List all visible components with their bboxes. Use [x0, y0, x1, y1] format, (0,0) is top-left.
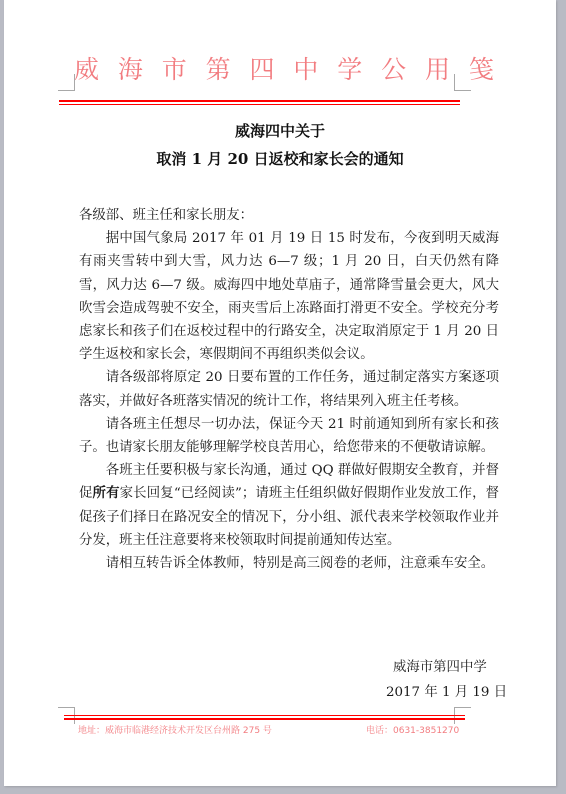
- letterhead-char: 笺: [469, 55, 494, 85]
- footer-rule-thick: [64, 718, 465, 720]
- paragraph-grade-tasks: 请各级部将原定 20 日要布置的工作任务，通过制定落实方案逐项落实，并做好各班落…: [79, 366, 499, 412]
- letterhead-char: 四: [250, 55, 275, 85]
- letterhead-char: 用: [425, 55, 450, 85]
- paragraph-homework: 各班主任要积极与家长沟通，通过 QQ 群做好假期安全教育，并督促所有家长回复“已…: [79, 459, 499, 552]
- letterhead-char: 海: [118, 55, 143, 85]
- emphasis-all: 所有: [93, 485, 120, 501]
- salutation: 各级部、班主任和家长朋友：: [79, 204, 499, 227]
- footer-rule-thin: [64, 715, 465, 716]
- letterhead-char: 学: [337, 55, 362, 85]
- signature-organization: 威海市第四中学: [393, 658, 487, 678]
- footer-address: 地址：威海市临港经济技术开发区台州路 275 号: [78, 724, 272, 738]
- letterhead-char: 公: [381, 55, 406, 85]
- paragraph-weather: 据中国气象局 2017 年 01 月 19 日 15 时发布，今夜到明天威海有雨…: [79, 227, 499, 366]
- letterhead-char: 威: [74, 55, 99, 85]
- paragraph-teachers: 请相互转告诉全体教师，特别是高三阅卷的老师，注意乘车安全。: [79, 552, 499, 575]
- paragraph-notify-parents: 请各班主任想尽一切办法，保证今天 21 时前通知到所有家长和孩子。也请家长朋友能…: [79, 413, 499, 459]
- letterhead-title: 威 海 市 第 四 中 学 公 用 笺: [74, 55, 494, 85]
- document-page: 威 海 市 第 四 中 学 公 用 笺 威海四中关于 取消 1 月 20 日返校…: [4, 0, 556, 786]
- margin-mark-top-left: [58, 74, 75, 91]
- signature-date: 2017 年 1 月 19 日: [386, 683, 507, 703]
- letterhead-char: 中: [293, 55, 318, 85]
- letterhead-char: 市: [162, 55, 187, 85]
- footer-phone: 电话：0631-3851270: [366, 724, 459, 738]
- header-rule-thick: [59, 100, 460, 102]
- letterhead-char: 第: [206, 55, 231, 85]
- header-rule-thin: [59, 104, 460, 105]
- notice-title-line-2: 取消 1 月 20 日返校和家长会的通知: [4, 149, 556, 169]
- margin-mark-top-right: [454, 74, 471, 91]
- notice-body: 各级部、班主任和家长朋友： 据中国气象局 2017 年 01 月 19 日 15…: [79, 204, 499, 575]
- notice-title-line-1: 威海四中关于: [4, 121, 556, 141]
- paragraph-homework-part-2: 家长回复“已经阅读”；请班主任组织做好假期作业发放工作，督促孩子们择日在路况安全…: [79, 486, 499, 547]
